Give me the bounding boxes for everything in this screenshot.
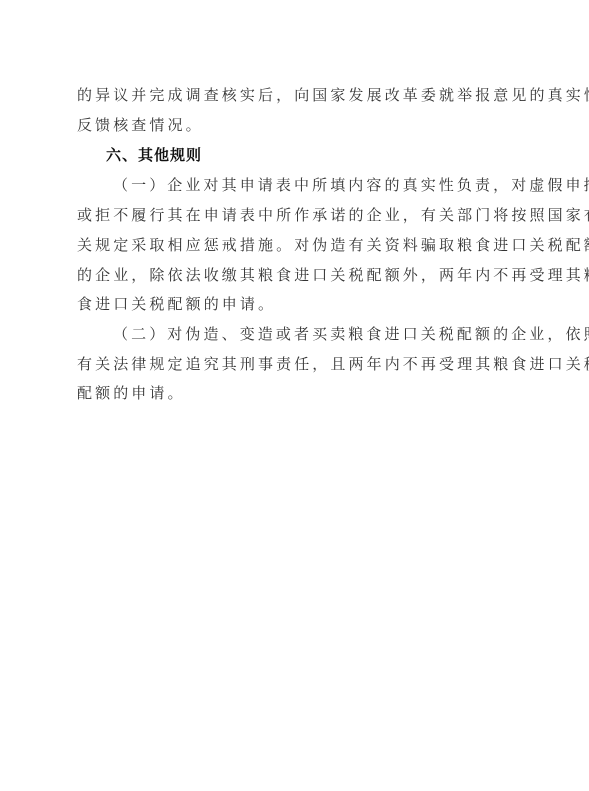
continuation-line-1: 的异议并完成调查核实后，向国家发展改革委就举报意见的真实性 bbox=[77, 80, 517, 110]
paragraph-1-line-1: （一）企业对其申请表中所填内容的真实性负责，对虚假申报 bbox=[113, 170, 553, 200]
paragraph-2-line-1: （二）对伪造、变造或者买卖粮食进口关税配额的企业，依照 bbox=[113, 319, 553, 349]
document-page: 的异议并完成调查核实后，向国家发展改革委就举报意见的真实性 反馈核查情况。 六、… bbox=[0, 0, 589, 791]
paragraph-1-line-3: 关规定采取相应惩戒措施。对伪造有关资料骗取粮食进口关税配额 bbox=[77, 230, 517, 260]
paragraph-1-line-5: 食进口关税配额的申请。 bbox=[77, 289, 517, 319]
paragraph-2-line-3: 配额的申请。 bbox=[77, 378, 517, 408]
paragraph-1-line-4: 的企业，除依法收缴其粮食进口关税配额外，两年内不再受理其粮 bbox=[77, 260, 517, 290]
paragraph-1-line-2: 或拒不履行其在申请表中所作承诺的企业，有关部门将按照国家有 bbox=[77, 200, 517, 230]
continuation-line-2: 反馈核查情况。 bbox=[77, 110, 517, 140]
paragraph-2-line-2: 有关法律规定追究其刑事责任，且两年内不再受理其粮食进口关税 bbox=[77, 349, 517, 379]
section-heading: 六、其他规则 bbox=[106, 140, 546, 170]
